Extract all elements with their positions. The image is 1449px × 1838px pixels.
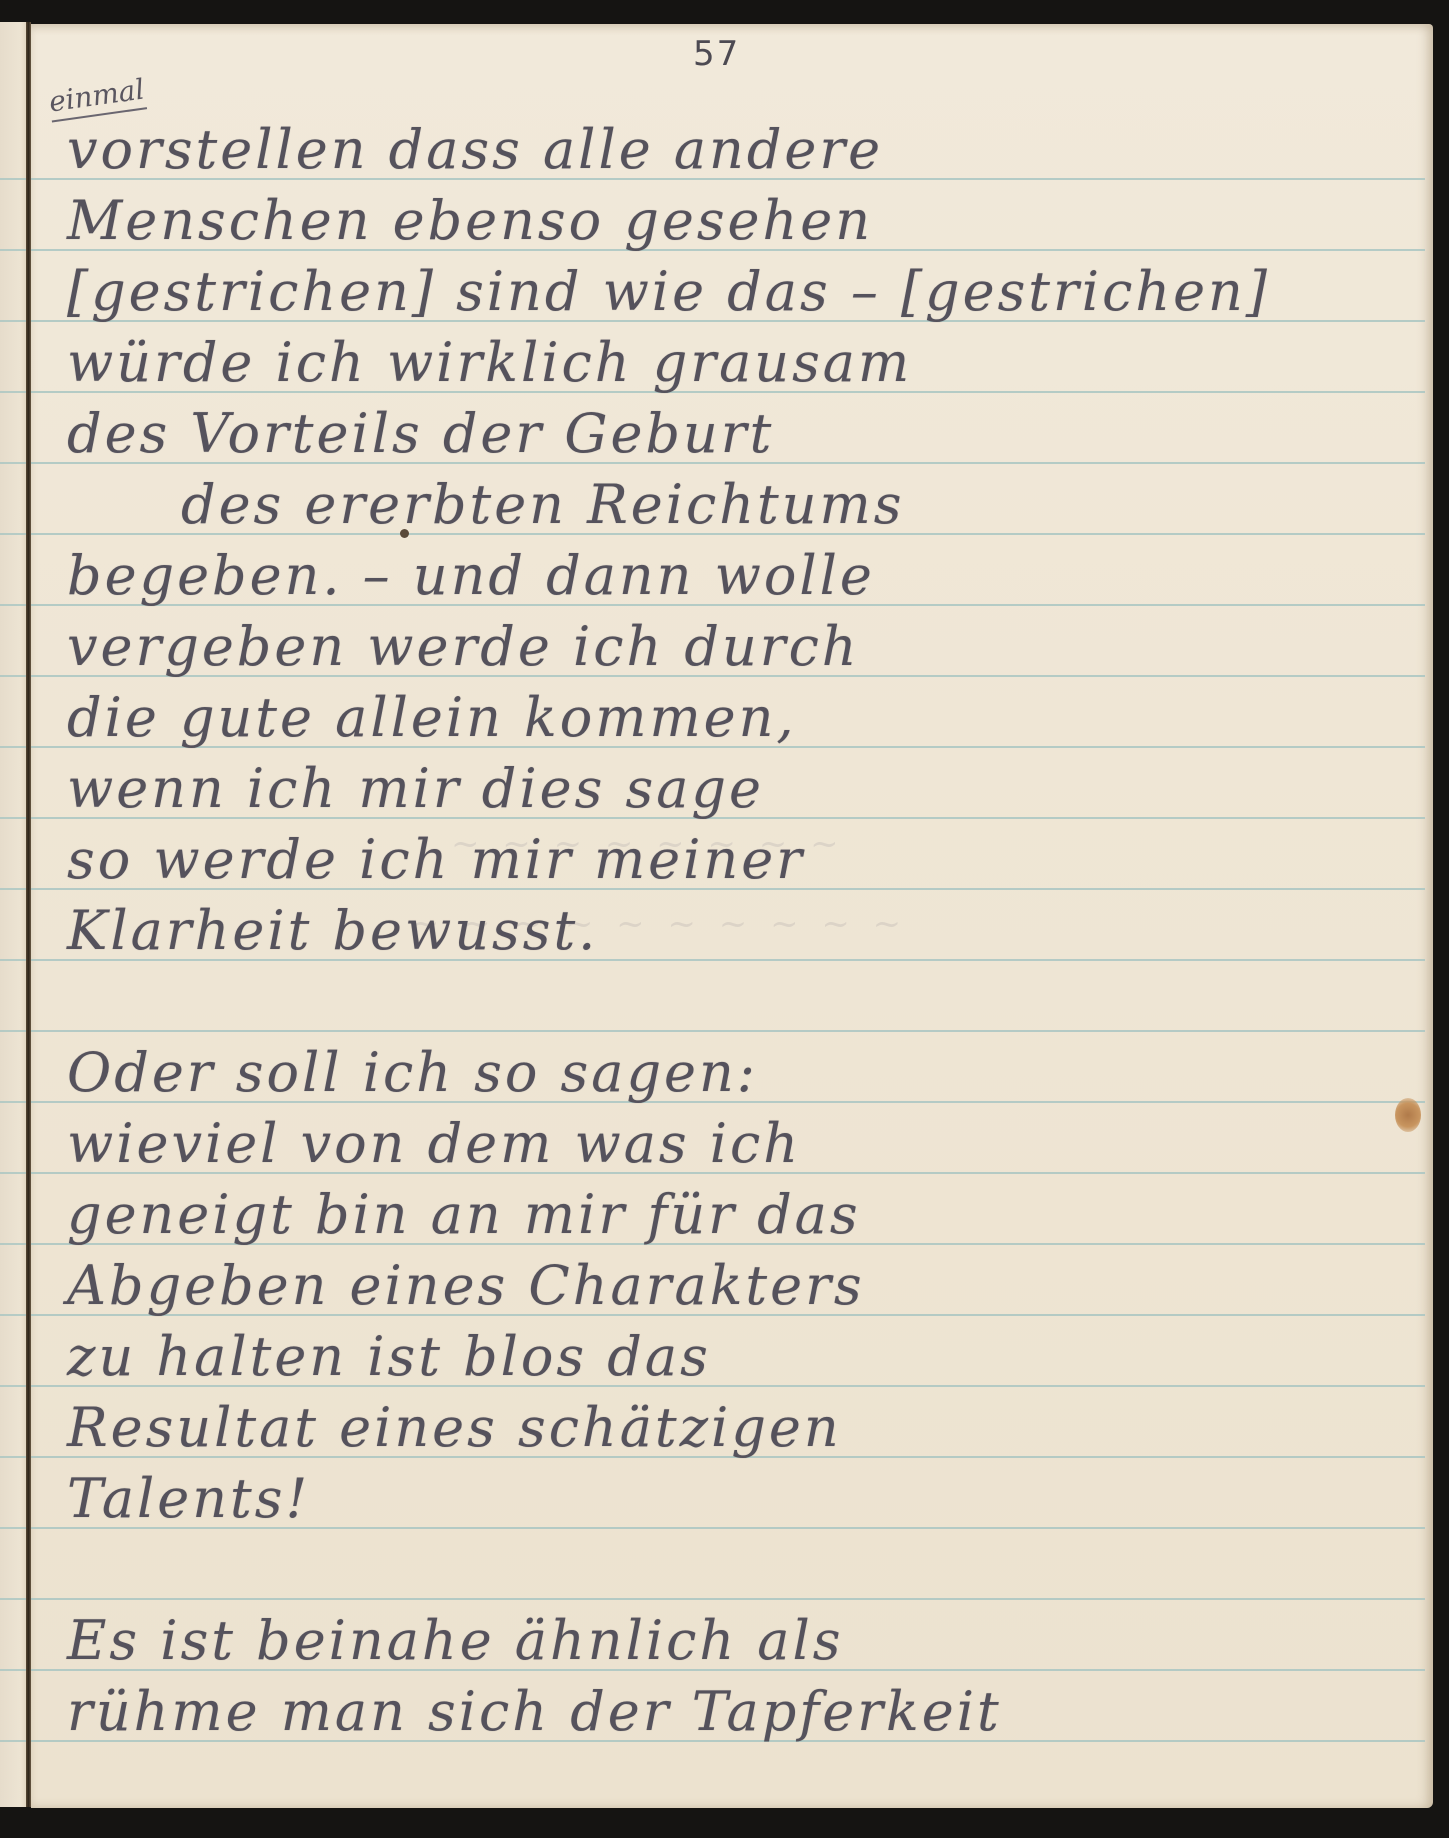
handwritten-line: Oder soll ich so sagen: (67, 1043, 1413, 1103)
margin-note: einmal (47, 73, 147, 123)
handwritten-line: wenn ich mir dies sage (67, 759, 1413, 819)
previous-page-rule (0, 391, 28, 393)
previous-page-rule (0, 320, 28, 322)
handwritten-line: begeben. – und dann wolle (67, 546, 1413, 606)
previous-page-rule (0, 1101, 28, 1103)
handwritten-line: würde ich wirklich grausam (67, 333, 1413, 393)
previous-page-rule (0, 675, 28, 677)
previous-page-rule (0, 888, 28, 890)
handwritten-line: vergeben werde ich durch (67, 617, 1413, 677)
previous-page-rule (0, 1740, 28, 1742)
previous-page-rule (0, 1030, 28, 1032)
previous-page-rule (0, 249, 28, 251)
previous-page-rule (0, 1598, 28, 1600)
handwritten-line: rühme man sich der Tapferkeit (67, 1682, 1413, 1742)
ink-dot (400, 529, 409, 538)
handwritten-line: des Vorteils der Geburt (67, 404, 1413, 464)
handwritten-line: zu halten ist blos das (67, 1327, 1413, 1387)
handwritten-line: Abgeben eines Charakters (67, 1256, 1413, 1316)
handwritten-line: des ererbten Reichtums (181, 475, 1413, 535)
handwritten-line: die gute allein kommen, (67, 688, 1413, 748)
previous-page-rule (0, 178, 28, 180)
handwritten-line: Resultat eines schätzigen (67, 1398, 1413, 1458)
previous-page-rule (0, 1172, 28, 1174)
previous-page-rule (0, 746, 28, 748)
handwritten-line: Menschen ebenso gesehen (67, 191, 1413, 251)
handwritten-line: Klarheit bewusst. (67, 901, 1413, 961)
previous-page-rule (0, 1527, 28, 1529)
handwritten-line: vorstellen dass alle andere (67, 120, 1413, 180)
handwritten-line: Es ist beinahe ähnlich als (67, 1611, 1413, 1671)
handwritten-line: geneigt bin an mir für das (67, 1185, 1413, 1245)
ruled-line (31, 1030, 1425, 1032)
previous-page-rule (0, 462, 28, 464)
previous-page-rule (0, 1669, 28, 1671)
previous-page-rule (0, 817, 28, 819)
previous-page-rule (0, 1385, 28, 1387)
previous-page-rule (0, 604, 28, 606)
paper-stain (1395, 1098, 1421, 1132)
previous-page-rule (0, 1243, 28, 1245)
ruled-line (31, 1598, 1425, 1600)
handwritten-line: [gestrichen] sind wie das – [gestrichen] (67, 262, 1413, 322)
previous-page-rule (0, 533, 28, 535)
previous-page-rule (0, 1456, 28, 1458)
previous-page-rule (0, 959, 28, 961)
page-number: 57 (693, 34, 740, 74)
previous-page-rule (0, 1314, 28, 1316)
handwritten-line: wieviel von dem was ich (67, 1114, 1413, 1174)
handwritten-line: Talents! (67, 1469, 1413, 1529)
notebook-page: ~ ~ ~ ~ ~ ~ ~ ~ ~ ~ ~ ~ ~ ~ ~ ~ ~ ~ 57 e… (31, 24, 1433, 1808)
handwritten-line: so werde ich mir meiner (67, 830, 1413, 890)
